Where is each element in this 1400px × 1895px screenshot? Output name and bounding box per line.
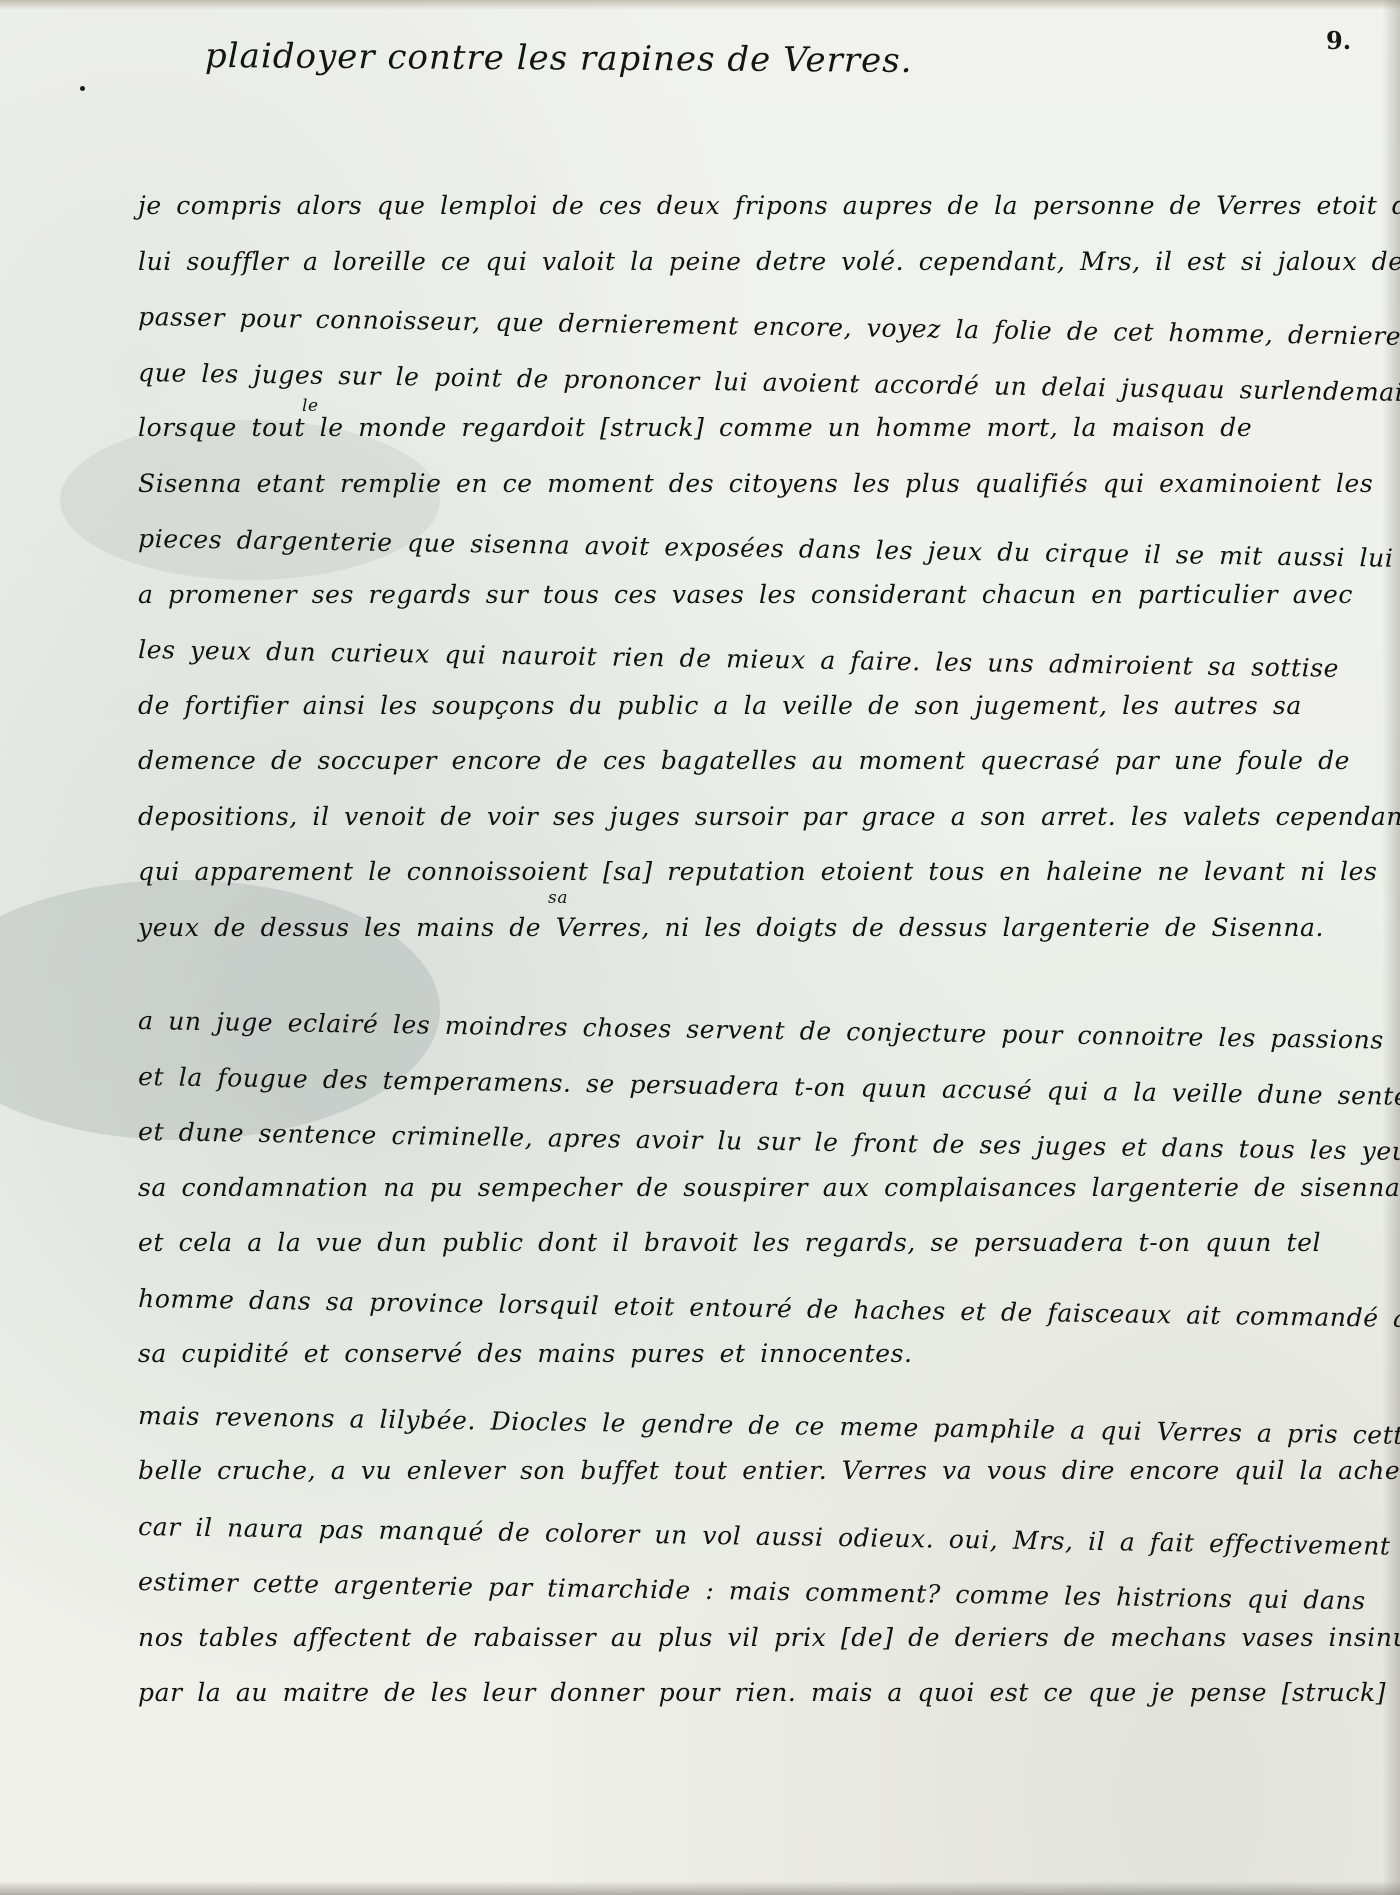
text-line: sa cupidité et conservé des mains pures … bbox=[138, 1336, 1288, 1392]
text-line: nos tables affectent de rabaisser au plu… bbox=[138, 1620, 1288, 1676]
text-line: demence de soccuper encore de ces bagate… bbox=[138, 743, 1288, 799]
text-line: qui apparement le connoissoient [sa] rep… bbox=[138, 857, 1377, 886]
text-line: depositions, il venoit de voir ses juges… bbox=[138, 799, 1288, 855]
text-line: sa condamnation na pu sempecher de sousp… bbox=[138, 1170, 1288, 1226]
text-line: belle cruche, a vu enlever son buffet to… bbox=[138, 1453, 1288, 1509]
text-line: a promener ses regards sur tous ces vase… bbox=[138, 577, 1288, 633]
text-line: de fortifier ainsi les soupçons du publi… bbox=[138, 688, 1288, 744]
paragraph-2: a un juge eclairé les moindres choses se… bbox=[138, 1003, 1288, 1392]
paragraph-1: je compris alors que lemploi de ces deux… bbox=[138, 188, 1288, 965]
text-line: je compris alors que lemploi de ces deux… bbox=[138, 188, 1288, 244]
text-line-with-insertion: sa qui apparement le connoissoient [sa] … bbox=[138, 854, 1288, 910]
text-line: lui souffler a loreille ce qui valoit la… bbox=[138, 244, 1288, 300]
manuscript-page: plaidoyer contre les rapines de Verres. … bbox=[0, 0, 1400, 1895]
page-title: plaidoyer contre les rapines de Verres. bbox=[205, 36, 913, 81]
text-line: par la au maitre de les leur donner pour… bbox=[138, 1675, 1288, 1731]
page-number: 9. bbox=[1326, 26, 1351, 55]
text-line: yeux de dessus les mains de Verres, ni l… bbox=[138, 910, 1288, 966]
page-edge-shadow bbox=[1382, 0, 1400, 1895]
ink-spot bbox=[80, 86, 85, 91]
paragraph-3: mais revenons a lilybée. Diocles le gend… bbox=[138, 1398, 1288, 1731]
text-line-with-strikeout: le lorsque tout le monde regardoit [stru… bbox=[138, 410, 1288, 466]
manuscript-body: je compris alors que lemploi de ces deux… bbox=[138, 188, 1288, 1731]
interlinear-insertion: le bbox=[302, 388, 319, 424]
text-line: et cela a la vue dun public dont il brav… bbox=[138, 1225, 1288, 1281]
text-line: Sisenna etant remplie en ce moment des c… bbox=[138, 466, 1288, 522]
